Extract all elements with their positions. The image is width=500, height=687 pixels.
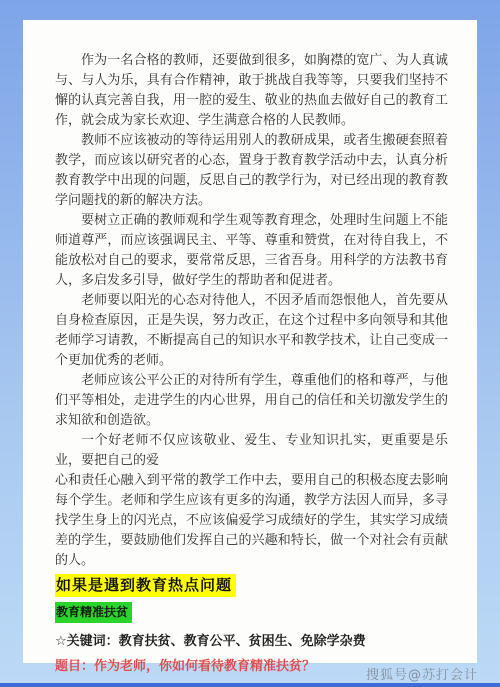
paragraph: 作为一名合格的教师，还要做到很多，如胸襟的宽广、为人真诚与、与人为乐，具有合作精… (55, 51, 448, 131)
keywords-label: 关键词： (67, 634, 119, 649)
paragraph: 教师不应该被动的等待运用别人的教研成果，或者生搬硬套照着教学，而应该以研究者的心… (55, 131, 448, 211)
hot-topic-heading: 如果是遇到教育热点问题 (55, 574, 236, 597)
bottom-bar (0, 683, 500, 687)
paragraph: 老师要以阳光的心态对待他人，不因矛盾而怨恨他人，首先要从自身检查原因，正是失误，… (55, 291, 448, 371)
paragraph: 要树立正确的教师观和学生观等教育理念，处理时生问题上不能师道尊严，而应该强调民主… (55, 211, 448, 291)
paragraph: 老师应该公平公正的对待所有学生，尊重他们的格和尊严，与他们平等相处，走进学生的内… (55, 371, 448, 431)
document-card: 作为一名合格的教师，还要做到很多，如胸襟的宽广、为人真诚与、与人为乐，具有合作精… (23, 20, 477, 663)
paragraph: 心和责任心融入到平常的教学工作中去，要用自己的积极态度去影响每个学生。老师和学生… (55, 471, 448, 571)
subtopic-heading-row: 教育精准扶贫 (55, 601, 448, 623)
page-background: 作为一名合格的教师，还要做到很多，如胸襟的宽广、为人真诚与、与人为乐，具有合作精… (0, 0, 500, 687)
star-icon: ☆ (55, 634, 67, 649)
watermark: 搜狐号@苏打会计 (366, 664, 478, 683)
question-text: 作为老师，你如何看待教育精准扶贫？ (94, 659, 315, 674)
document-body: 作为一名合格的教师，还要做到很多，如胸襟的宽广、为人真诚与、与人为乐，具有合作精… (55, 51, 448, 571)
hot-topic-heading-row: 如果是遇到教育热点问题 (55, 574, 448, 597)
keywords-line: ☆关键词：教育扶贫、教育公平、贫困生、免除学杂费 (55, 633, 448, 650)
subtopic-heading: 教育精准扶贫 (55, 602, 132, 623)
keywords-text: 教育扶贫、教育公平、贫困生、免除学杂费 (119, 634, 366, 649)
question-label: 题目： (55, 659, 94, 674)
paragraph: 一个好老师不仅应该敬业、爱生、专业知识扎实，更重要是乐业，要把自己的爱 (55, 431, 448, 471)
